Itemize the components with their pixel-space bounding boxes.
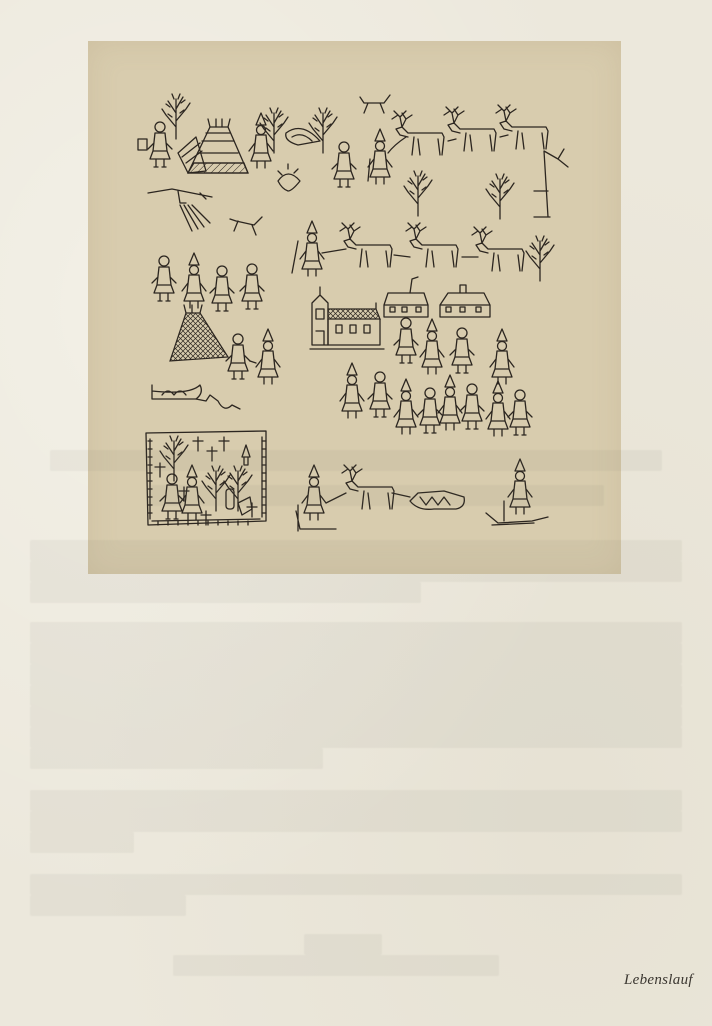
- church: [310, 287, 384, 349]
- tree-2: [260, 108, 288, 153]
- bleed-through-paragraph-3: [30, 790, 682, 853]
- bush: [278, 164, 300, 191]
- two-houses: [384, 277, 490, 317]
- bleed-through-signature: [30, 934, 682, 976]
- reindeer-train-top: [388, 105, 548, 155]
- tree-4: [404, 171, 432, 216]
- dog-on-head: [360, 95, 390, 113]
- reindeer-train-middle: [322, 223, 524, 271]
- tree-1: [162, 94, 190, 139]
- standing-woman: [332, 142, 356, 187]
- bleed-through-heading: [30, 450, 682, 506]
- person-with-bucket: [138, 122, 172, 167]
- tree-5: [486, 174, 514, 219]
- tree-6: [526, 236, 554, 281]
- running-dog: [230, 217, 262, 235]
- two-holding-hands: [226, 329, 280, 384]
- crowd-of-children: [340, 318, 532, 436]
- tree-3: [309, 108, 337, 153]
- boat-sled: [152, 385, 240, 409]
- group-of-four: [152, 253, 264, 311]
- bleed-through-paragraph-4: [30, 874, 682, 916]
- reindeer-fallen: [534, 149, 568, 217]
- man-with-staff-middle: [292, 221, 324, 276]
- lavvu-tent-striped: [178, 119, 248, 173]
- cross-hatched-lavvu: [170, 305, 228, 361]
- man-with-staff: [368, 129, 392, 184]
- running-head: Lebenslauf: [624, 972, 693, 989]
- fallen-tree: [148, 189, 212, 231]
- bleed-through-paragraph-2: [30, 622, 682, 769]
- bleed-through-paragraph-1: [30, 540, 682, 603]
